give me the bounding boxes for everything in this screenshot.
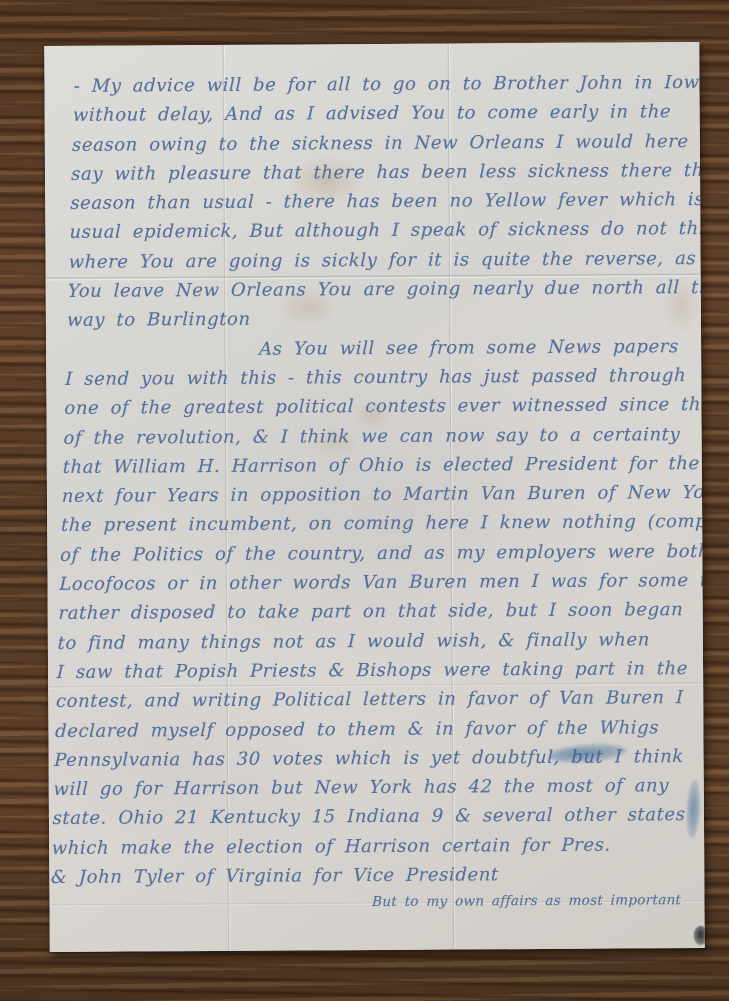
- letter-line: the present incumbent, on coming here I …: [61, 508, 694, 541]
- letter-line: rather disposed to take part on that sid…: [58, 595, 691, 628]
- letter-line: say with pleasure that there has been le…: [71, 156, 704, 189]
- letter-line: of the Politics of the country, and as m…: [60, 537, 693, 570]
- letter-line: next four Years in opposition to Martin …: [61, 478, 694, 511]
- letter-line: that William H. Harrison of Ohio is elec…: [62, 449, 695, 482]
- letter-line: Locofocos or in other words Van Buren me…: [59, 566, 692, 599]
- letter-line: usual epidemick, But although I speak of…: [69, 214, 702, 247]
- letter-line: I saw that Popish Priests & Bishops were…: [56, 654, 689, 687]
- letter-line: I send you with this - this country has …: [65, 361, 698, 394]
- letter-paper: - My advice will be for all to go on to …: [44, 42, 705, 952]
- letter-line: which make the election of Harrison cert…: [51, 830, 684, 863]
- ink-blot-bottom-corner: [694, 926, 705, 945]
- desk-background: - My advice will be for all to go on to …: [0, 0, 729, 1001]
- letter-line: Pennsylvania has 30 votes which is yet d…: [54, 742, 687, 775]
- ink-blot-right-edge: [686, 780, 702, 839]
- letter-line: declared myself opposed to them & in fav…: [55, 713, 688, 746]
- letter-line: one of the greatest political contests e…: [64, 390, 697, 423]
- letter-line: season than usual - there has been no Ye…: [70, 185, 703, 218]
- letter-line: of the revolution, & I think we can now …: [63, 420, 696, 453]
- letter-line: season owing to the sickness in New Orle…: [72, 127, 705, 160]
- letter-line: where You are going is sickly for it is …: [68, 244, 701, 277]
- letter-line: & John Tyler of Virginia for Vice Presid…: [51, 859, 684, 892]
- letter-line: - My advice will be for all to go on to …: [73, 68, 704, 101]
- letter-line: As You will see from some News papers: [66, 332, 699, 365]
- letter-line: will go for Harrison but New York has 42…: [53, 771, 686, 804]
- letter-line: You leave New Orleans You are going near…: [67, 273, 700, 306]
- letter-line: state. Ohio 21 Kentucky 15 Indiana 9 & s…: [52, 801, 685, 834]
- letter-line: But to my own affairs as most important: [50, 888, 683, 916]
- letter-body: - My advice will be for all to go on to …: [50, 68, 705, 916]
- letter-line: way to Burlington: [67, 302, 700, 335]
- letter-line: contest, and writing Political letters i…: [56, 683, 689, 716]
- letter-line: to find many things not as I would wish,…: [57, 625, 690, 658]
- letter-line: without delay, And as I advised You to c…: [72, 97, 704, 130]
